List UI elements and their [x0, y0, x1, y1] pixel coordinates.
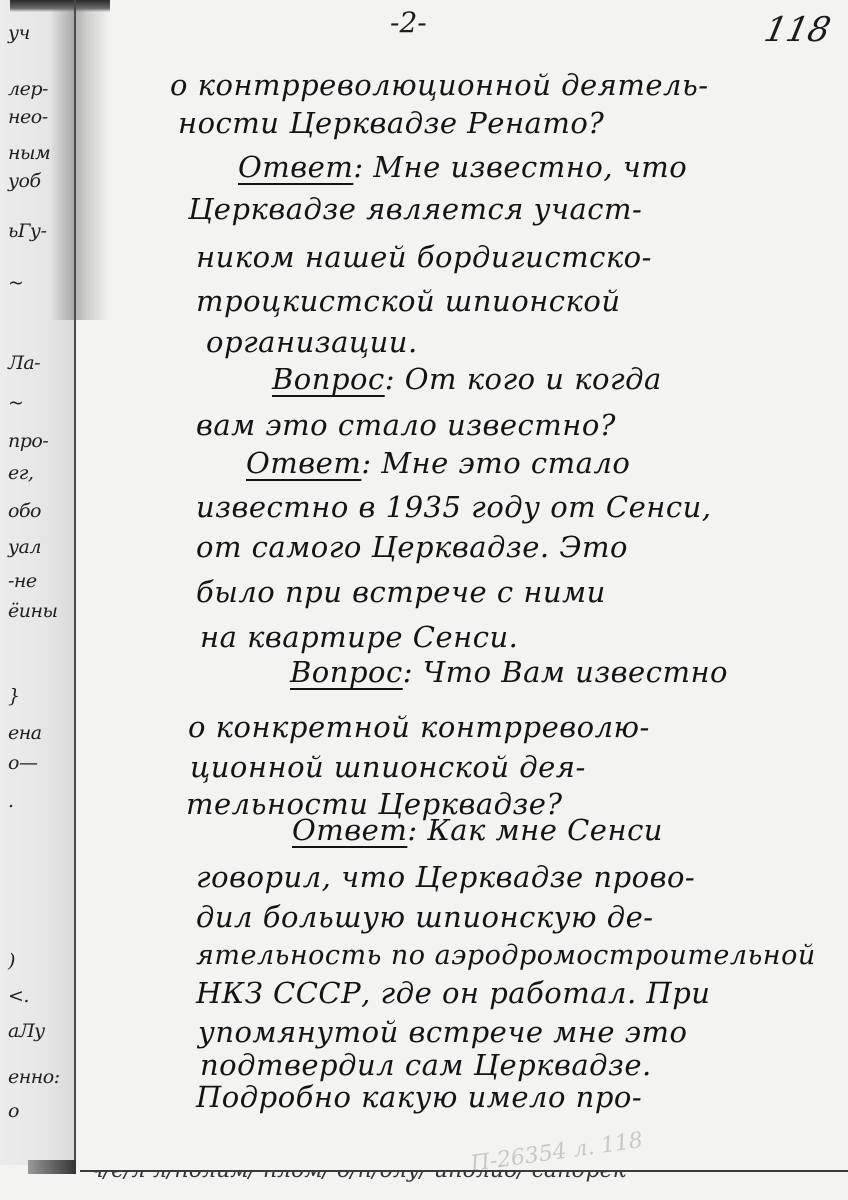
body-line: НКЗ СССР, где он работал. При: [196, 976, 710, 1010]
margin-fragment: ёины: [8, 600, 57, 622]
margin-fragment: Ла-: [8, 352, 40, 374]
document-page: уч лер- нео- ным уоб ьГу- ~ Ла- ~ про- е…: [0, 0, 848, 1200]
body-line: Подробно какую имело про-: [196, 1080, 642, 1114]
body-line: о конкретной контрреволю-: [188, 710, 650, 744]
answer-label: Ответ: [246, 446, 361, 480]
answer-line: Ответ: Как мне Сенси: [292, 813, 663, 847]
margin-fragment: ным: [8, 142, 50, 164]
margin-fragment: ег,: [8, 462, 33, 484]
body-line: вам это стало известно?: [196, 408, 616, 442]
margin-fragment: уоб: [8, 170, 41, 192]
fold-shadow: [50, 0, 110, 320]
body-line: известно в 1935 году от Сенси,: [196, 490, 711, 524]
body-line: дил большую шпионскую де-: [196, 900, 654, 934]
margin-fragment: лер-: [8, 78, 48, 100]
margin-fragment: -не: [8, 570, 37, 592]
answer-label: Ответ: [238, 150, 353, 184]
body-line: подтвердил сам Церквадзе.: [200, 1048, 652, 1082]
margin-fragment: обо: [8, 500, 41, 522]
folio-number: 118: [761, 10, 834, 50]
question-label: Вопрос: [290, 655, 403, 689]
margin-fragment: уал: [8, 536, 41, 558]
margin-fragment: ): [8, 950, 15, 972]
body-line: ности Церквадзе Ренато?: [178, 106, 604, 140]
body-line: говорил, что Церквадзе прово-: [196, 860, 695, 894]
margin-fragment: .: [8, 790, 14, 812]
margin-fragment: про-: [8, 430, 48, 452]
margin-fragment: уч: [8, 22, 30, 44]
answer-line: Ответ: Мне известно, что: [238, 150, 687, 184]
body-line: троцкистской шпионской: [196, 284, 621, 318]
page-number: -2-: [390, 6, 427, 39]
answer-label: Ответ: [292, 813, 407, 847]
margin-fragment: <.: [8, 985, 29, 1007]
body-line: о контрреволюционной деятель-: [170, 68, 709, 102]
margin-fragment: ьГу-: [8, 220, 46, 242]
margin-fragment: аЛу: [8, 1020, 45, 1042]
margin-fragment: ~: [8, 272, 23, 294]
body-line: ником нашей бордигистско-: [196, 240, 652, 274]
top-edge-shadow: [10, 0, 110, 12]
margin-fragment: ~: [8, 392, 23, 414]
margin-fragment: енно:: [8, 1066, 60, 1088]
margin-fragment: нео-: [8, 106, 48, 128]
margin-fragment: о—: [8, 752, 37, 774]
body-line: ятельность по аэродромостроительной: [196, 940, 816, 971]
body-line: организации.: [206, 325, 418, 359]
body-line: на квартире Сенси.: [200, 620, 518, 654]
question-label: Вопрос: [272, 362, 385, 396]
body-line: было при встрече с ними: [196, 575, 606, 609]
body-line: от самого Церквадзе. Это: [196, 530, 628, 564]
binding-line: [74, 0, 76, 1160]
body-line: упомянутой встрече мне это: [198, 1015, 687, 1049]
body-line: Церквадзе является участ-: [188, 192, 642, 226]
question-line: Вопрос: От кого и когда: [272, 362, 662, 396]
margin-fragment: о: [8, 1100, 19, 1122]
answer-line: Ответ: Мне это стало: [246, 446, 630, 480]
bottom-corner-shadow: [28, 1160, 76, 1174]
next-page-bleed: ч/е/л-л/нолим/ плом/ о/н/олу/ инолио/ са…: [80, 1170, 848, 1200]
margin-fragment: }: [8, 685, 20, 707]
body-line: ционной шпионской дея-: [190, 750, 586, 784]
margin-fragment: ена: [8, 722, 42, 744]
question-line: Вопрос: Что Вам известно: [290, 655, 728, 689]
